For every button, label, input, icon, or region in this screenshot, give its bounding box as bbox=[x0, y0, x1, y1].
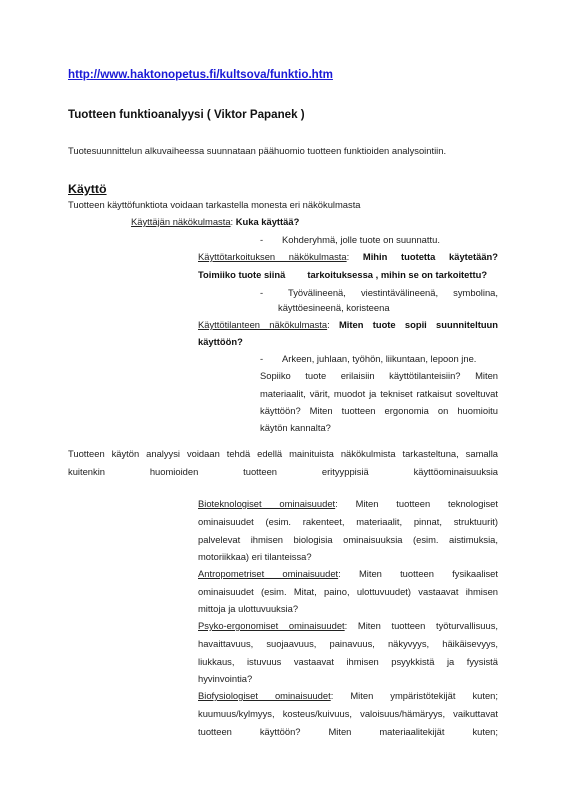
property-text: Miten ympäristötekijät kuten; bbox=[350, 690, 498, 701]
property-psyko-ergonomiset: Psyko-ergonomiset ominaisuudet: Miten tu… bbox=[198, 620, 498, 632]
property-text-line: havaittavuus, suojaavuus, painavuus, näk… bbox=[198, 638, 498, 650]
document-title: Tuotteen funktioanalyysi ( Viktor Papane… bbox=[68, 108, 305, 122]
property-label: Biofysiologiset ominaisuudet bbox=[198, 690, 331, 701]
bullet-text: Arkeen, juhlaan, työhön, liikuntaan, lep… bbox=[282, 353, 476, 364]
viewpoint-question-cont: Toimiiko tuote siinätarkoituksessa , mih… bbox=[198, 269, 487, 281]
property-text-line: kuumuus/kylmyys, kosteus/kuivuus, valois… bbox=[198, 708, 498, 720]
property-label: Bioteknologiset ominaisuudet bbox=[198, 498, 335, 509]
bullet-text: Työvälineenä, viestintävälineenä, symbol… bbox=[288, 287, 498, 299]
analysis-line: kuitenkin huomioiden tuotteen erityyppis… bbox=[68, 466, 498, 478]
situation-text-line: käytön kannalta? bbox=[260, 422, 331, 434]
separator: : bbox=[335, 498, 338, 509]
bullet-text: Kohderyhmä, jolle tuote on suunnattu. bbox=[282, 234, 440, 245]
separator: : bbox=[327, 319, 330, 330]
separator: : bbox=[345, 620, 348, 631]
property-text-line: palvelevat ihmisen biologisia ominaisuuk… bbox=[198, 534, 498, 546]
property-label: Psyko-ergonomiset ominaisuudet bbox=[198, 620, 345, 631]
dash-bullet: - bbox=[260, 287, 282, 299]
property-label: Antropometriset ominaisuudet bbox=[198, 568, 338, 579]
property-antropometriset: Antropometriset ominaisuudet: Miten tuot… bbox=[198, 568, 498, 580]
viewpoint-user: Käyttäjän näkökulmasta: Kuka käyttää? bbox=[131, 216, 299, 228]
intro-paragraph: Tuotesuunnittelun alkuvaiheessa suunnata… bbox=[68, 145, 446, 157]
bullet-item: - Työvälineenä, viestintävälineenä, symb… bbox=[260, 287, 498, 299]
property-text-line: ominaisuudet (esim. Mitat, paino, ulottu… bbox=[198, 586, 498, 598]
section-intro: Tuotteen käyttöfunktiota voidaan tarkast… bbox=[68, 199, 361, 211]
separator: : bbox=[331, 690, 334, 701]
property-text-line: mittoja ja ulottuvuuksia? bbox=[198, 603, 298, 615]
property-text-line: liukkaus, istuvuus vastaavat ihmisen psy… bbox=[198, 656, 498, 668]
property-text-line: hyvinvointia? bbox=[198, 673, 252, 685]
viewpoint-label: Käyttäjän näkökulmasta bbox=[131, 216, 231, 227]
source-url-link[interactable]: http://www.haktonopetus.fi/kultsova/funk… bbox=[68, 68, 333, 82]
question-part-a: Toimiiko tuote siinä bbox=[198, 269, 285, 280]
separator: : bbox=[338, 568, 341, 579]
viewpoint-question: Kuka käyttää? bbox=[236, 216, 300, 227]
viewpoint-purpose: Käyttötarkoituksen näkökulmasta: Mihin t… bbox=[198, 251, 498, 263]
document-page: http://www.haktonopetus.fi/kultsova/funk… bbox=[0, 0, 565, 800]
bullet-item: -Kohderyhmä, jolle tuote on suunnattu. bbox=[260, 234, 440, 246]
separator: : bbox=[231, 216, 234, 227]
property-text: Miten tuotteen fysikaaliset bbox=[359, 568, 498, 579]
property-text: Miten tuotteen työturvallisuus, bbox=[358, 620, 498, 631]
situation-text-line: materiaalit, värit, muodot ja tekniset r… bbox=[260, 388, 498, 400]
analysis-line: Tuotteen käytön analyysi voidaan tehdä e… bbox=[68, 448, 498, 460]
question-part-b: tarkoituksessa , mihin se on tarkoitettu… bbox=[307, 269, 487, 280]
bullet-item: -Arkeen, juhlaan, työhön, liikuntaan, le… bbox=[260, 353, 476, 365]
property-text-line: ominaisuudet (esim. rakenteet, materiaal… bbox=[198, 516, 498, 528]
property-text-line: tuotteen käyttöön? Miten materiaalitekij… bbox=[198, 726, 498, 738]
dash-bullet: - bbox=[260, 234, 282, 246]
property-biofysiologiset: Biofysiologiset ominaisuudet: Miten ympä… bbox=[198, 690, 498, 702]
viewpoint-situation: Käyttötilanteen näkökulmasta: Miten tuot… bbox=[198, 319, 498, 331]
dash-bullet: - bbox=[260, 353, 282, 365]
separator: : bbox=[347, 251, 350, 262]
bullet-text-cont: käyttöesineenä, koristeena bbox=[278, 302, 390, 314]
viewpoint-question: Miten tuote sopii suunniteltuun bbox=[339, 319, 498, 330]
situation-text-line: Sopiiko tuote erilaisiin käyttötilanteis… bbox=[260, 370, 498, 382]
viewpoint-label: Käyttötarkoituksen näkökulmasta bbox=[198, 251, 347, 262]
property-text: Miten tuotteen teknologiset bbox=[356, 498, 498, 509]
viewpoint-label: Käyttötilanteen näkökulmasta bbox=[198, 319, 327, 330]
property-text-line: motoriikkaa) eri tilanteissa? bbox=[198, 551, 312, 563]
property-bioteknologiset: Bioteknologiset ominaisuudet: Miten tuot… bbox=[198, 498, 498, 510]
section-heading-kaytto: Käyttö bbox=[68, 182, 107, 197]
situation-text-line: käyttöön? Miten tuotteen ergonomia on hu… bbox=[260, 405, 498, 417]
viewpoint-question-cont: käyttöön? bbox=[198, 336, 243, 348]
viewpoint-question: Mihin tuotetta käytetään? bbox=[363, 251, 498, 262]
